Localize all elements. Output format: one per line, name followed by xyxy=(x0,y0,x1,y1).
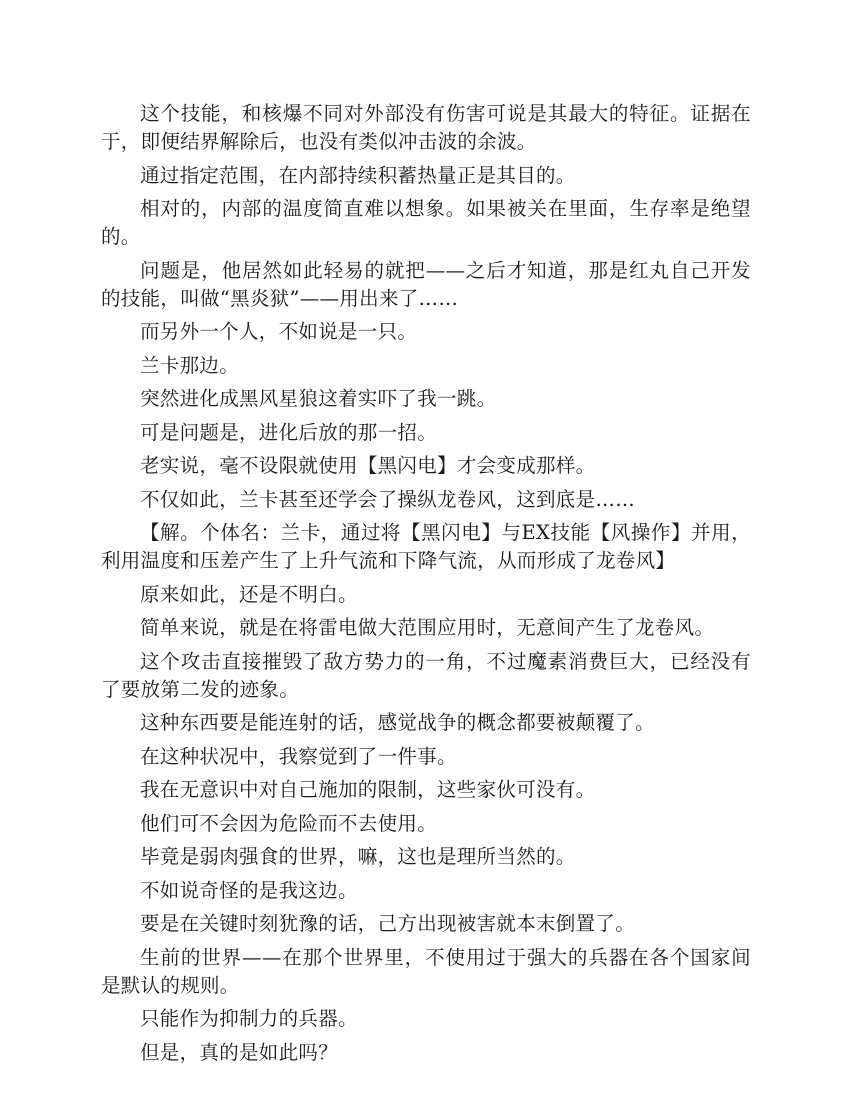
paragraph-14: 这个攻击直接摧毁了敌方势力的一角，不过魔素消费巨大，已经没有了要放第二发的迹象。 xyxy=(101,648,751,704)
paragraph-13: 简单来说，就是在将雷电做大范围应用时，无意间产生了龙卷风。 xyxy=(101,614,751,642)
paragraph-2: 通过指定范围，在内部持续积蓄热量正是其目的。 xyxy=(101,162,751,190)
paragraph-18: 他们可不会因为危险而不去使用。 xyxy=(101,810,751,838)
paragraph-11: 【解。个体名：兰卡，通过将【黑闪电】与EX技能【风操作】并用，利用温度和压差产生… xyxy=(101,519,751,575)
paragraph-22: 生前的世界——在那个世界里，不使用过于强大的兵器在各个国家间是默认的规则。 xyxy=(101,944,751,1000)
document-page: 这个技能，和核爆不同对外部没有伤害可说是其最大的特征。证据在于，即便结界解除后，… xyxy=(101,100,751,1072)
paragraph-4: 问题是，他居然如此轻易的就把——之后才知道，那是红丸自己开发的技能，叫做“黑炎狱… xyxy=(101,257,751,313)
paragraph-1: 这个技能，和核爆不同对外部没有伤害可说是其最大的特征。证据在于，即便结界解除后，… xyxy=(101,100,751,156)
paragraph-23: 只能作为抑制力的兵器。 xyxy=(101,1005,751,1033)
paragraph-6: 兰卡那边。 xyxy=(101,352,751,380)
paragraph-24: 但是，真的是如此吗？ xyxy=(101,1039,751,1067)
paragraph-16: 在这种状况中，我察觉到了一件事。 xyxy=(101,743,751,771)
paragraph-5: 而另外一个人，不如说是一只。 xyxy=(101,318,751,346)
paragraph-8: 可是问题是，进化后放的那一招。 xyxy=(101,419,751,447)
paragraph-10: 不仅如此，兰卡甚至还学会了操纵龙卷风，这到底是…… xyxy=(101,486,751,514)
paragraph-9: 老实说，毫不设限就使用【黑闪电】才会变成那样。 xyxy=(101,452,751,480)
paragraph-3: 相对的，内部的温度简直难以想象。如果被关在里面，生存率是绝望的。 xyxy=(101,195,751,251)
paragraph-15: 这种东西要是能连射的话，感觉战争的概念都要被颠覆了。 xyxy=(101,709,751,737)
paragraph-21: 要是在关键时刻犹豫的话，己方出现被害就本末倒置了。 xyxy=(101,910,751,938)
paragraph-19: 毕竟是弱肉强食的世界，嘛，这也是理所当然的。 xyxy=(101,843,751,871)
paragraph-17: 我在无意识中对自己施加的限制，这些家伙可没有。 xyxy=(101,776,751,804)
paragraph-12: 原来如此，还是不明白。 xyxy=(101,581,751,609)
paragraph-7: 突然进化成黑风星狼这着实吓了我一跳。 xyxy=(101,385,751,413)
paragraph-20: 不如说奇怪的是我这边。 xyxy=(101,877,751,905)
